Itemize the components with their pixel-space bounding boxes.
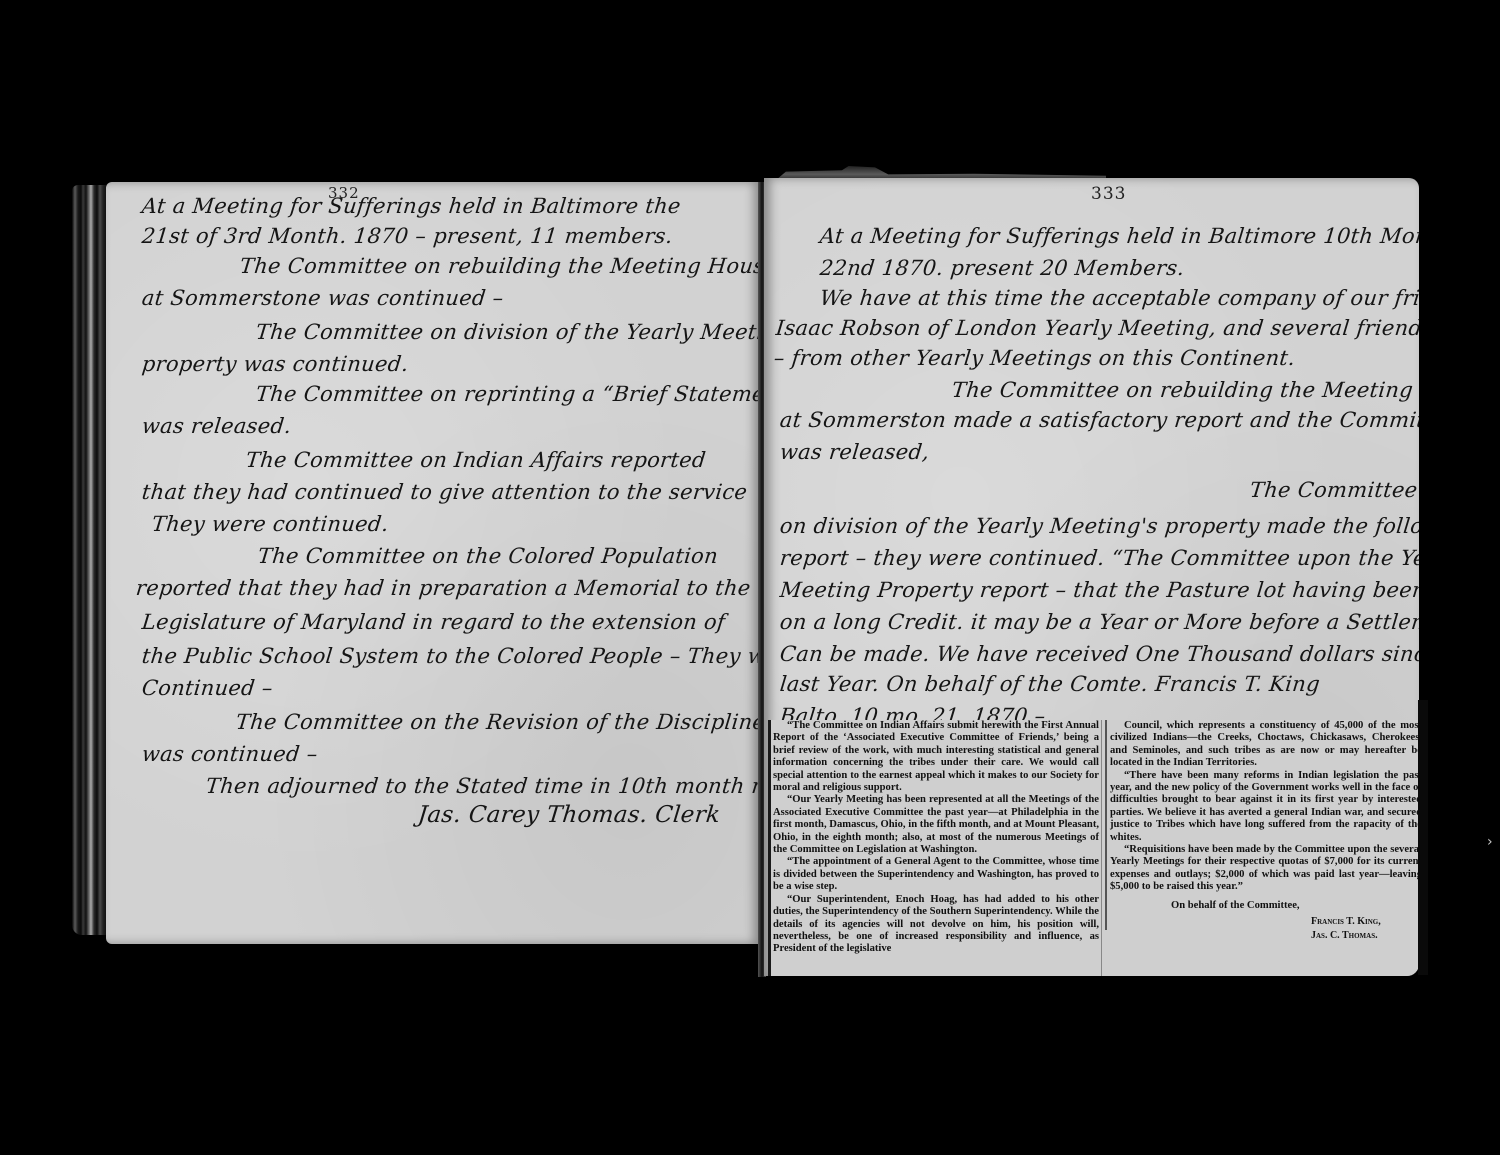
handwritten-line: At a Meeting for Sufferings held in Balt… [819, 224, 1419, 248]
clipping-column-left: “The Committee on Indian Affairs submit … [773, 720, 1102, 976]
clipping-paragraph: “Requisitions have been made by the Comm… [1110, 844, 1419, 894]
handwritten-line: was continued – [141, 742, 319, 766]
handwritten-line: The Committee on division of the Yearly … [255, 320, 760, 344]
handwritten-line: last Year. On behalf of the Comte. Franc… [779, 672, 1321, 696]
handwritten-line: The Committee [1249, 478, 1419, 502]
page-shadow-edge [1418, 700, 1428, 975]
handwritten-line: The Committee on the Colored Population [257, 544, 720, 568]
handwritten-line: Continued – [141, 676, 274, 700]
handwritten-line: At a Meeting for Sufferings held in Balt… [141, 194, 682, 218]
handwritten-line: reported that they had in preparation a … [135, 576, 752, 600]
handwritten-line: at Sommerston made a satisfactory report… [779, 408, 1419, 432]
clipping-paragraph: “Our Superintendent, Enoch Hoag, has had… [773, 894, 1099, 956]
clipping-paragraph: “There have been many reforms in Indian … [1110, 770, 1419, 844]
clipping-paragraph: Council, which represents a constituency… [1110, 720, 1419, 770]
handwritten-line: We have at this time the acceptable comp… [819, 286, 1419, 310]
handwritten-line: They were continued. [151, 512, 390, 536]
handwritten-line: property was continued. [141, 352, 410, 376]
handwritten-line: The Committee on reprinting a “Brief Sta… [255, 382, 760, 406]
handwritten-line: Then adjourned to the Stated time in 10t… [205, 774, 760, 798]
left-page: 332 At a Meeting for Sufferings held in … [106, 182, 760, 944]
handwritten-line: was released. [141, 414, 293, 438]
handwritten-line: at Sommerstone was continued – [141, 286, 505, 310]
clipping-signatory: Francis T. King, [1311, 916, 1381, 927]
handwritten-line: on division of the Yearly Meeting's prop… [779, 514, 1419, 538]
cursor-icon: › [1487, 834, 1493, 850]
handwritten-line: The Committee on rebuilding the Meeting … [951, 378, 1419, 402]
handwritten-line: report – they were continued. “The Commi… [779, 546, 1419, 570]
handwritten-line: The Committee on rebuilding the Meeting … [239, 254, 760, 278]
clipping-paragraph: “Our Yearly Meeting has been represented… [773, 794, 1099, 856]
handwritten-line: The Committee on Indian Affairs reported [245, 448, 707, 472]
handwritten-line: Legislature of Maryland in regard to the… [141, 610, 727, 634]
book-binding-edge [72, 185, 106, 935]
handwritten-line: The Committee on the Revision of the Dis… [235, 710, 760, 734]
handwritten-line: Meeting Property report – that the Pastu… [779, 578, 1419, 602]
handwritten-line: Isaac Robson of London Yearly Meeting, a… [775, 316, 1419, 340]
handwritten-line: 22nd 1870. present 20 Members. [819, 256, 1186, 280]
handwritten-line: on a long Credit. it may be a Year or Mo… [779, 610, 1419, 634]
right-page: 333 At a Meeting for Sufferings held in … [764, 178, 1419, 976]
handwritten-line: – from other Yearly Meetings on this Con… [773, 346, 1297, 370]
handwritten-line: was released, [779, 440, 931, 464]
handwritten-line: the Public School System to the Colored … [141, 644, 760, 668]
handwritten-line: that they had continued to give attentio… [141, 480, 749, 504]
clerk-signature: Jas. Carey Thomas. Clerk [417, 802, 722, 828]
clipping-signatory: Jas. C. Thomas. [1311, 930, 1378, 941]
handwritten-line: 21st of 3rd Month. 1870 – present, 11 me… [141, 224, 674, 248]
clipping-paragraph: “The Committee on Indian Affairs submit … [773, 720, 1099, 794]
handwritten-line: Can be made. We have received One Thousa… [779, 642, 1419, 666]
clipping-column-right: Council, which represents a constituency… [1105, 720, 1419, 930]
page-number-right: 333 [1091, 184, 1126, 204]
clipping-on-behalf: On behalf of the Committee, [1171, 900, 1300, 911]
newspaper-clipping: “The Committee on Indian Affairs submit … [768, 720, 1419, 976]
clipping-paragraph: “The appointment of a General Agent to t… [773, 856, 1099, 893]
